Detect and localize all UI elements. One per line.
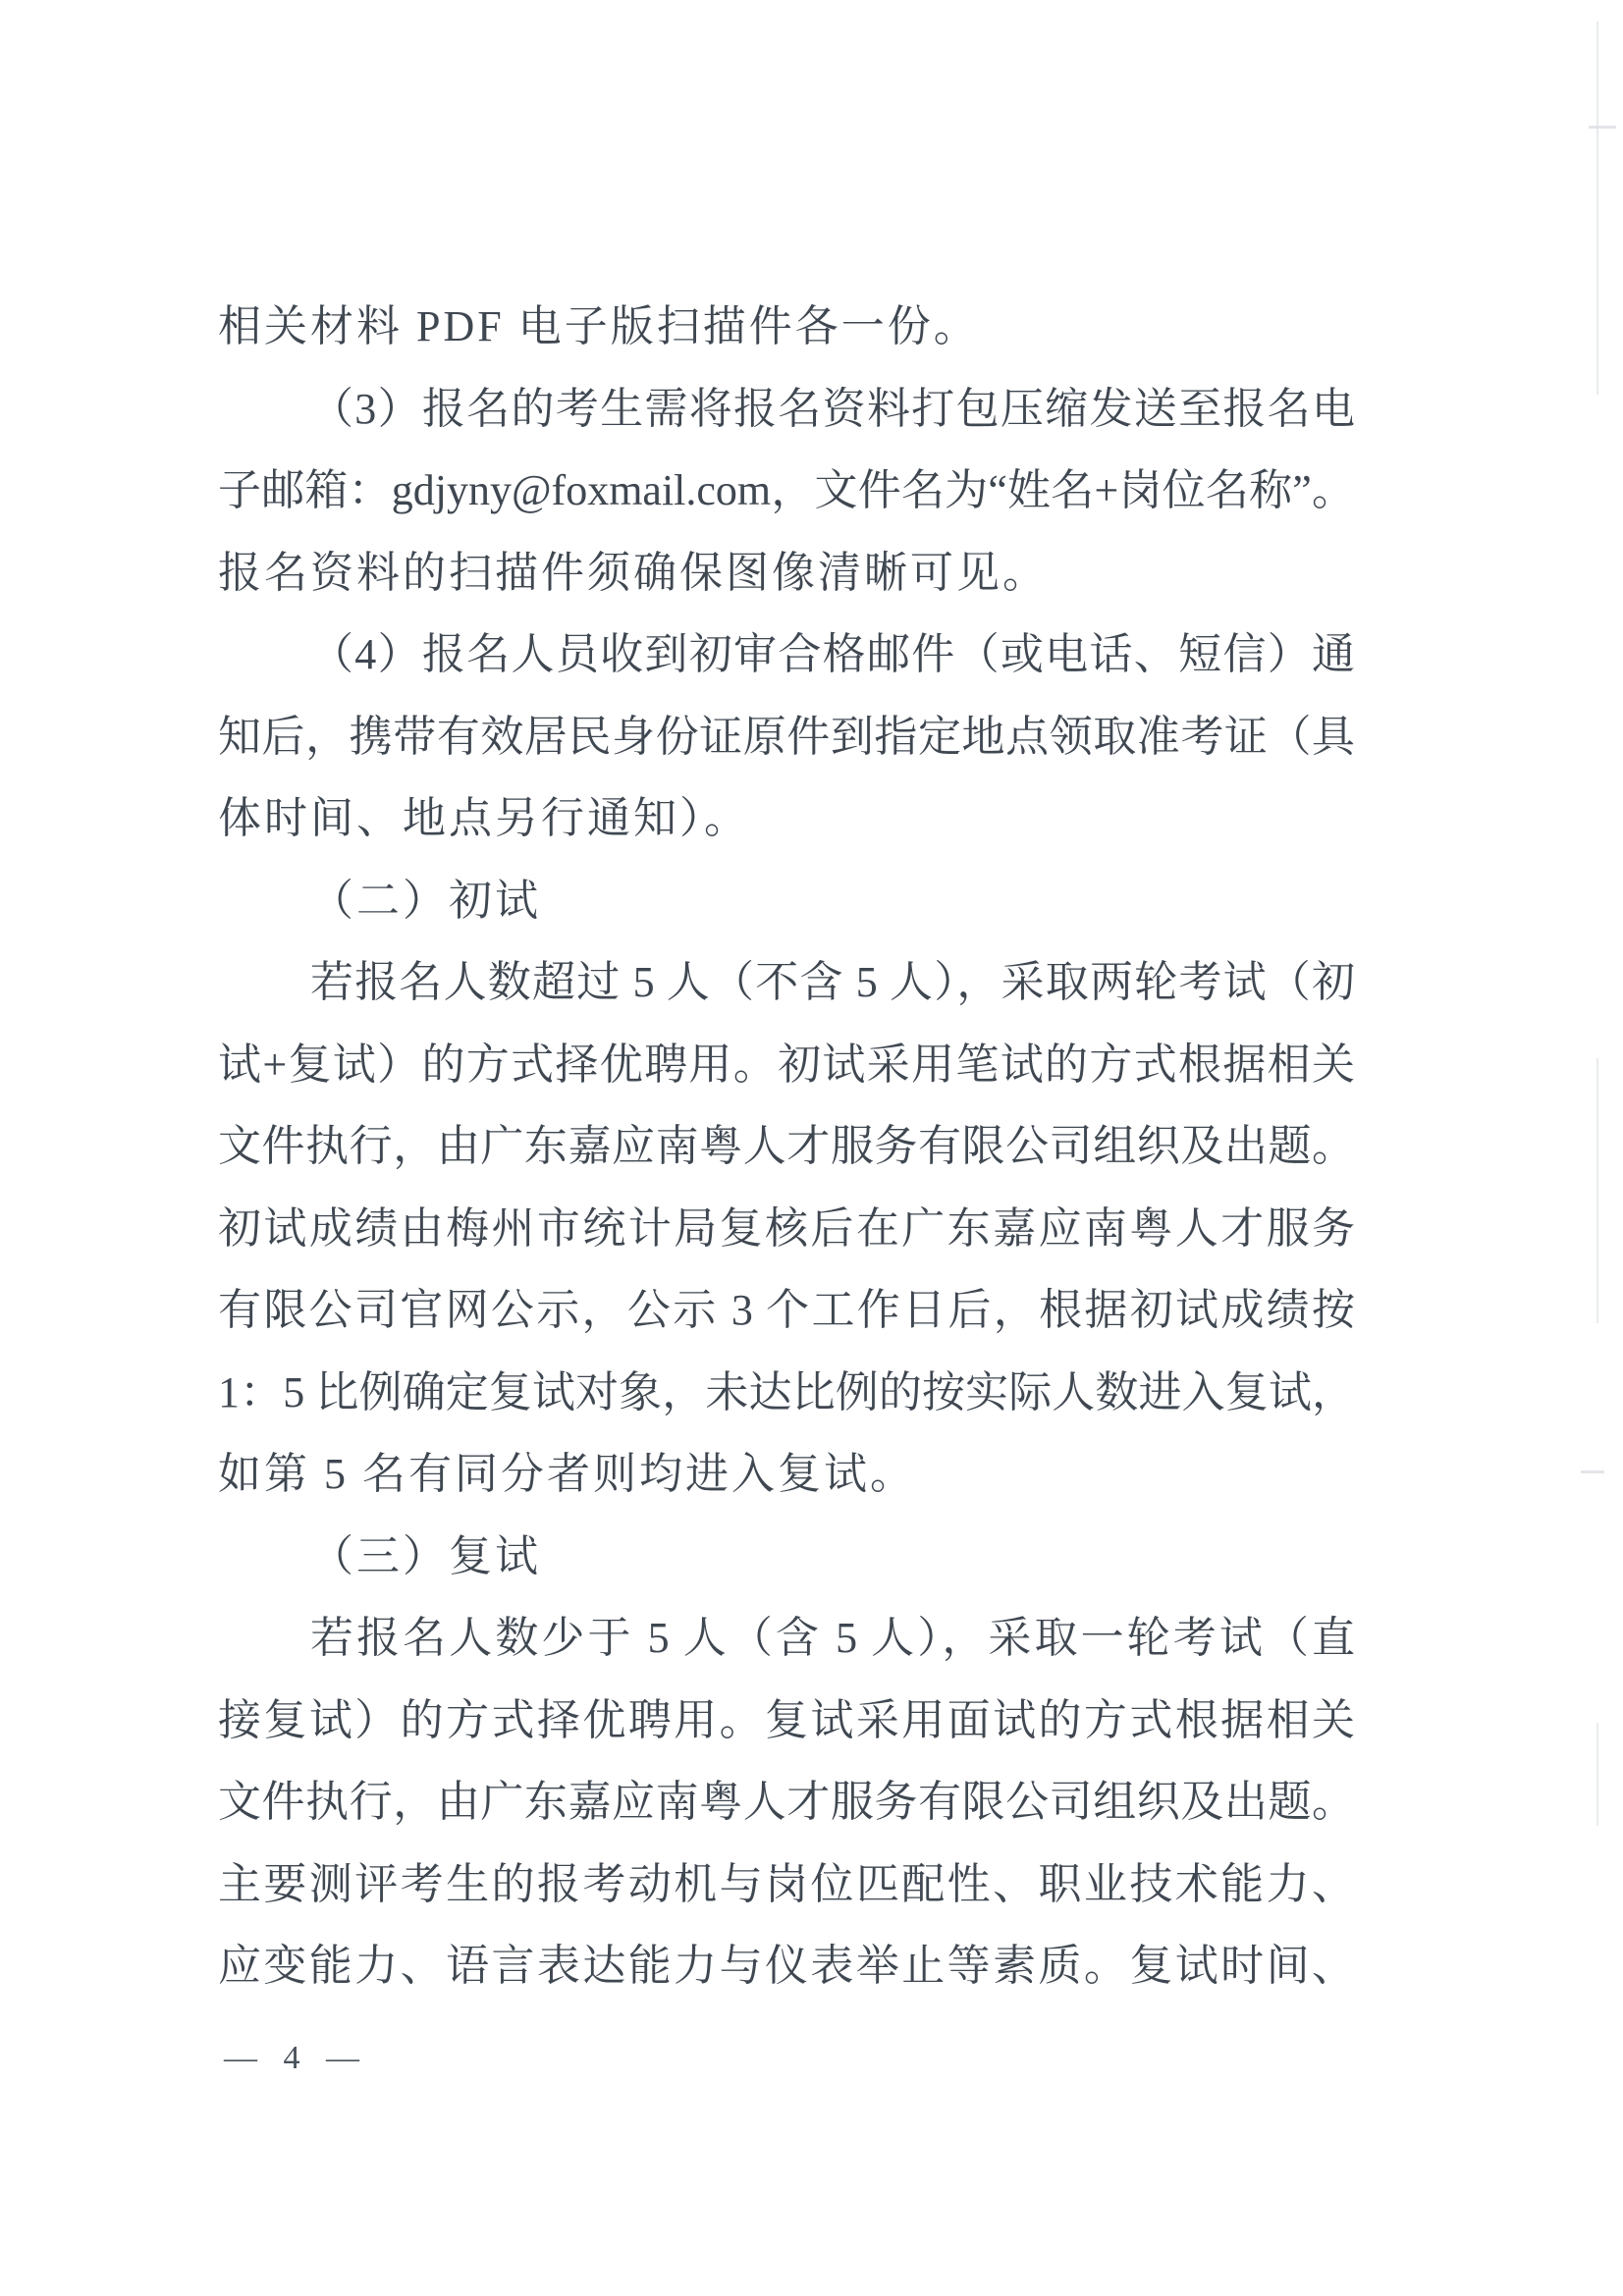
- doc-line: 若报名人数少于 5 人（含 5 人），采取一轮考试（直: [218, 1597, 1355, 1680]
- doc-line: 初试成绩由梅州市统计局复核后在广东嘉应南粤人才服务: [218, 1188, 1355, 1270]
- doc-line: 相关材料 PDF 电子版扫描件各一份。: [218, 286, 1355, 368]
- scan-artifact-line: [1596, 22, 1598, 395]
- doc-line: 应变能力、语言表达能力与仪表举止等素质。复试时间、: [218, 1925, 1355, 2007]
- doc-line: 若报名人数超过 5 人（不含 5 人），采取两轮考试（初: [218, 941, 1355, 1024]
- doc-line: 主要测评考生的报考动机与岗位匹配性、职业技术能力、: [218, 1843, 1355, 1926]
- doc-line: 文件执行，由广东嘉应南粤人才服务有限公司组织及出题。: [218, 1105, 1355, 1188]
- doc-line: 文件执行，由广东嘉应南粤人才服务有限公司组织及出题。: [218, 1761, 1355, 1843]
- scan-artifact-line: [1596, 1058, 1598, 1323]
- scan-artifact-dash: [1589, 126, 1616, 129]
- scan-artifact-dash: [1581, 1470, 1604, 1473]
- doc-line: 1：5 比例确定复试对象，未达比例的按实际人数进入复试，: [218, 1352, 1355, 1434]
- doc-line-email: 子邮箱：gdjyny@foxmail.com，文件名为“姓名+岗位名称”。: [218, 450, 1355, 532]
- section-heading-first-test: （二）初试: [218, 860, 1355, 942]
- doc-line: 体时间、地点另行通知）。: [218, 777, 1355, 860]
- doc-line: 接复试）的方式择优聘用。复试采用面试的方式根据相关: [218, 1680, 1355, 1762]
- doc-line: （4）报名人员收到初审合格邮件（或电话、短信）通: [218, 614, 1355, 696]
- document-body: 相关材料 PDF 电子版扫描件各一份。 （3）报名的考生需将报名资料打包压缩发送…: [218, 286, 1355, 2007]
- doc-line: 试+复试）的方式择优聘用。初试采用笔试的方式根据相关: [218, 1024, 1355, 1106]
- scanned-document-page: 相关材料 PDF 电子版扫描件各一份。 （3）报名的考生需将报名资料打包压缩发送…: [0, 0, 1623, 2296]
- doc-line: （3）报名的考生需将报名资料打包压缩发送至报名电: [218, 368, 1355, 451]
- page-number: — 4 —: [224, 2024, 368, 2093]
- doc-line: 知后，携带有效居民身份证原件到指定地点领取准考证（具: [218, 696, 1355, 778]
- doc-line: 有限公司官网公示，公示 3 个工作日后，根据初试成绩按: [218, 1269, 1355, 1352]
- doc-line: 如第 5 名有同分者则均进入复试。: [218, 1433, 1355, 1516]
- doc-line: 报名资料的扫描件须确保图像清晰可见。: [218, 532, 1355, 614]
- scan-artifact-line: [1596, 1723, 1598, 1826]
- section-heading-retest: （三）复试: [218, 1516, 1355, 1598]
